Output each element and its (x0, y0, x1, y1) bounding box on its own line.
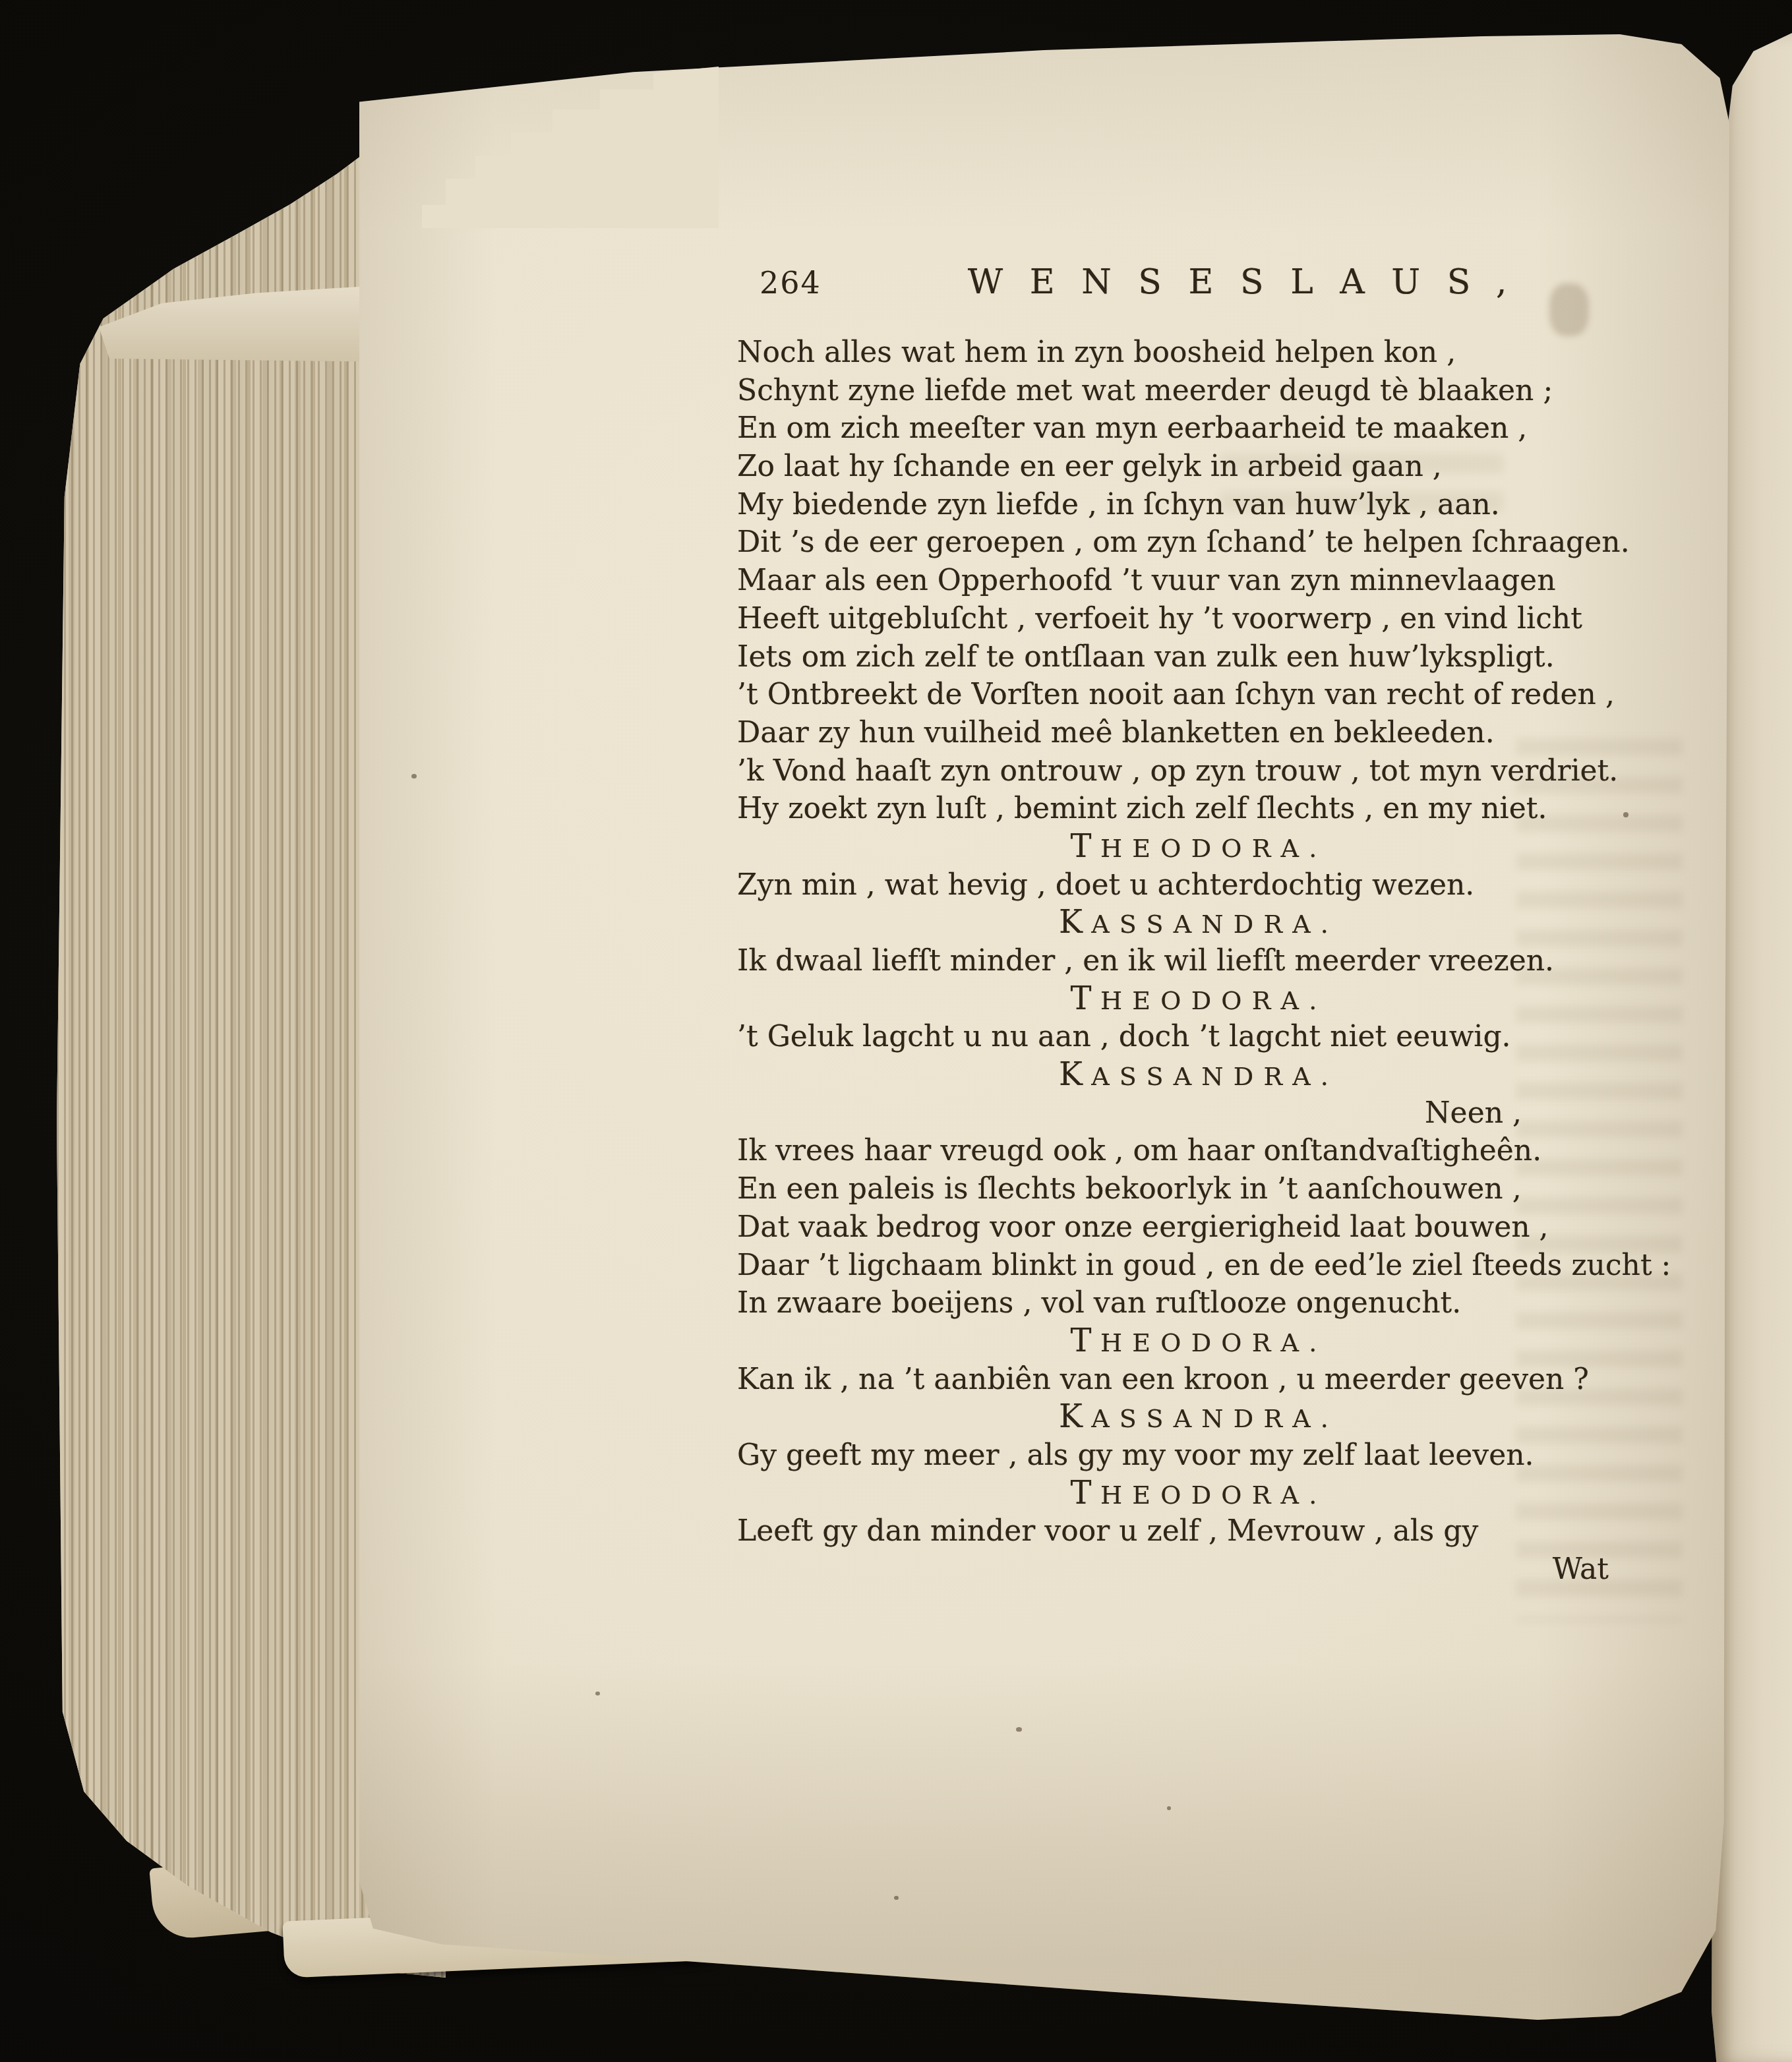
paper-speck (1016, 1727, 1022, 1732)
printed-text: 264 WENSESLAUS, Noch alles wat hem in zy… (737, 262, 1660, 1589)
speaker-name: KASSANDRA. (737, 1056, 1660, 1094)
stage-cue: Neen , (737, 1094, 1660, 1133)
verse-line: Zo laat hy ſchande en eer gelyk in arbei… (737, 448, 1660, 486)
verse-line: ’t Ontbreekt de Vorſten nooit aan ſchyn … (737, 676, 1660, 714)
verse-line: My biedende zyn liefde , in ſchyn van hu… (737, 486, 1660, 524)
paper-speck (595, 1692, 600, 1695)
verse-line: Kan ik , na ’t aanbiên van een kroon , u… (737, 1361, 1660, 1399)
verse-line: Heeft uitgebluſcht , verfoeit hy ’t voor… (737, 600, 1660, 638)
verse-line: Dat vaak bedrog voor onze eergierigheid … (737, 1208, 1660, 1247)
verse-line: Daar ’t ligchaam blinkt in goud , en de … (737, 1247, 1660, 1285)
verse-line: Daar zy hun vuilheid meê blanketten en b… (737, 714, 1660, 752)
verse-line: Dit ’s de eer geroepen , om zyn ſchand’ … (737, 523, 1660, 562)
paper-speck (1167, 1806, 1171, 1810)
running-title: WENSESLAUS, (821, 262, 1660, 302)
paper-speck (894, 1896, 899, 1900)
verse-line: Leeft gy dan minder voor u zelf , Mevrou… (737, 1512, 1660, 1550)
paper-speck (411, 774, 417, 779)
verse-line: Noch alles wat hem in zyn boosheid helpe… (737, 334, 1660, 372)
speaker-name: THEODORA. (737, 980, 1660, 1018)
speaker-name: THEODORA. (737, 1322, 1660, 1361)
page-header: 264 WENSESLAUS, (737, 262, 1660, 316)
verse-line: Schynt zyne liefde met wat meerder deugd… (737, 372, 1660, 410)
verse-line: Maar als een Opperhoofd ’t vuur van zyn … (737, 562, 1660, 600)
verse-line: ’t Geluk lagcht u nu aan , doch ’t lagch… (737, 1018, 1660, 1056)
page-number: 264 (760, 265, 821, 301)
speaker-name: THEODORA. (737, 1475, 1660, 1513)
verse-line: In zwaare boeijens , vol van ruſtlooze o… (737, 1284, 1660, 1322)
verse-line: En om zich meeſter van myn eerbaarheid t… (737, 409, 1660, 448)
verse-line: Gy geeft my meer , als gy my voor my zel… (737, 1436, 1660, 1475)
speaker-name: KASSANDRA. (737, 904, 1660, 942)
verse-line: Ik dwaal liefſt minder , en ik wil liefſ… (737, 942, 1660, 980)
speaker-name: THEODORA. (737, 828, 1660, 866)
verse-line: Iets om zich zelf te ontſlaan van zulk e… (737, 638, 1660, 676)
verse-line: ’k Vond haaſt zyn ontrouw , op zyn trouw… (737, 752, 1660, 790)
verse-line: En een paleis is ſlechts bekoorlyk in ’t… (737, 1170, 1660, 1208)
speaker-name: KASSANDRA. (737, 1398, 1660, 1436)
verse-line: Zyn min , wat hevig , doet u achterdocht… (737, 866, 1660, 904)
book-photograph: 264 WENSESLAUS, Noch alles wat hem in zy… (0, 0, 1792, 2062)
catchword: Wat (737, 1550, 1660, 1589)
verse-line: Hy zoekt zyn luſt , bemint zich zelf ſle… (737, 790, 1660, 828)
text-lines: Noch alles wat hem in zyn boosheid helpe… (737, 334, 1660, 1589)
verse-line: Ik vrees haar vreugd ook , om haar onſta… (737, 1132, 1660, 1170)
